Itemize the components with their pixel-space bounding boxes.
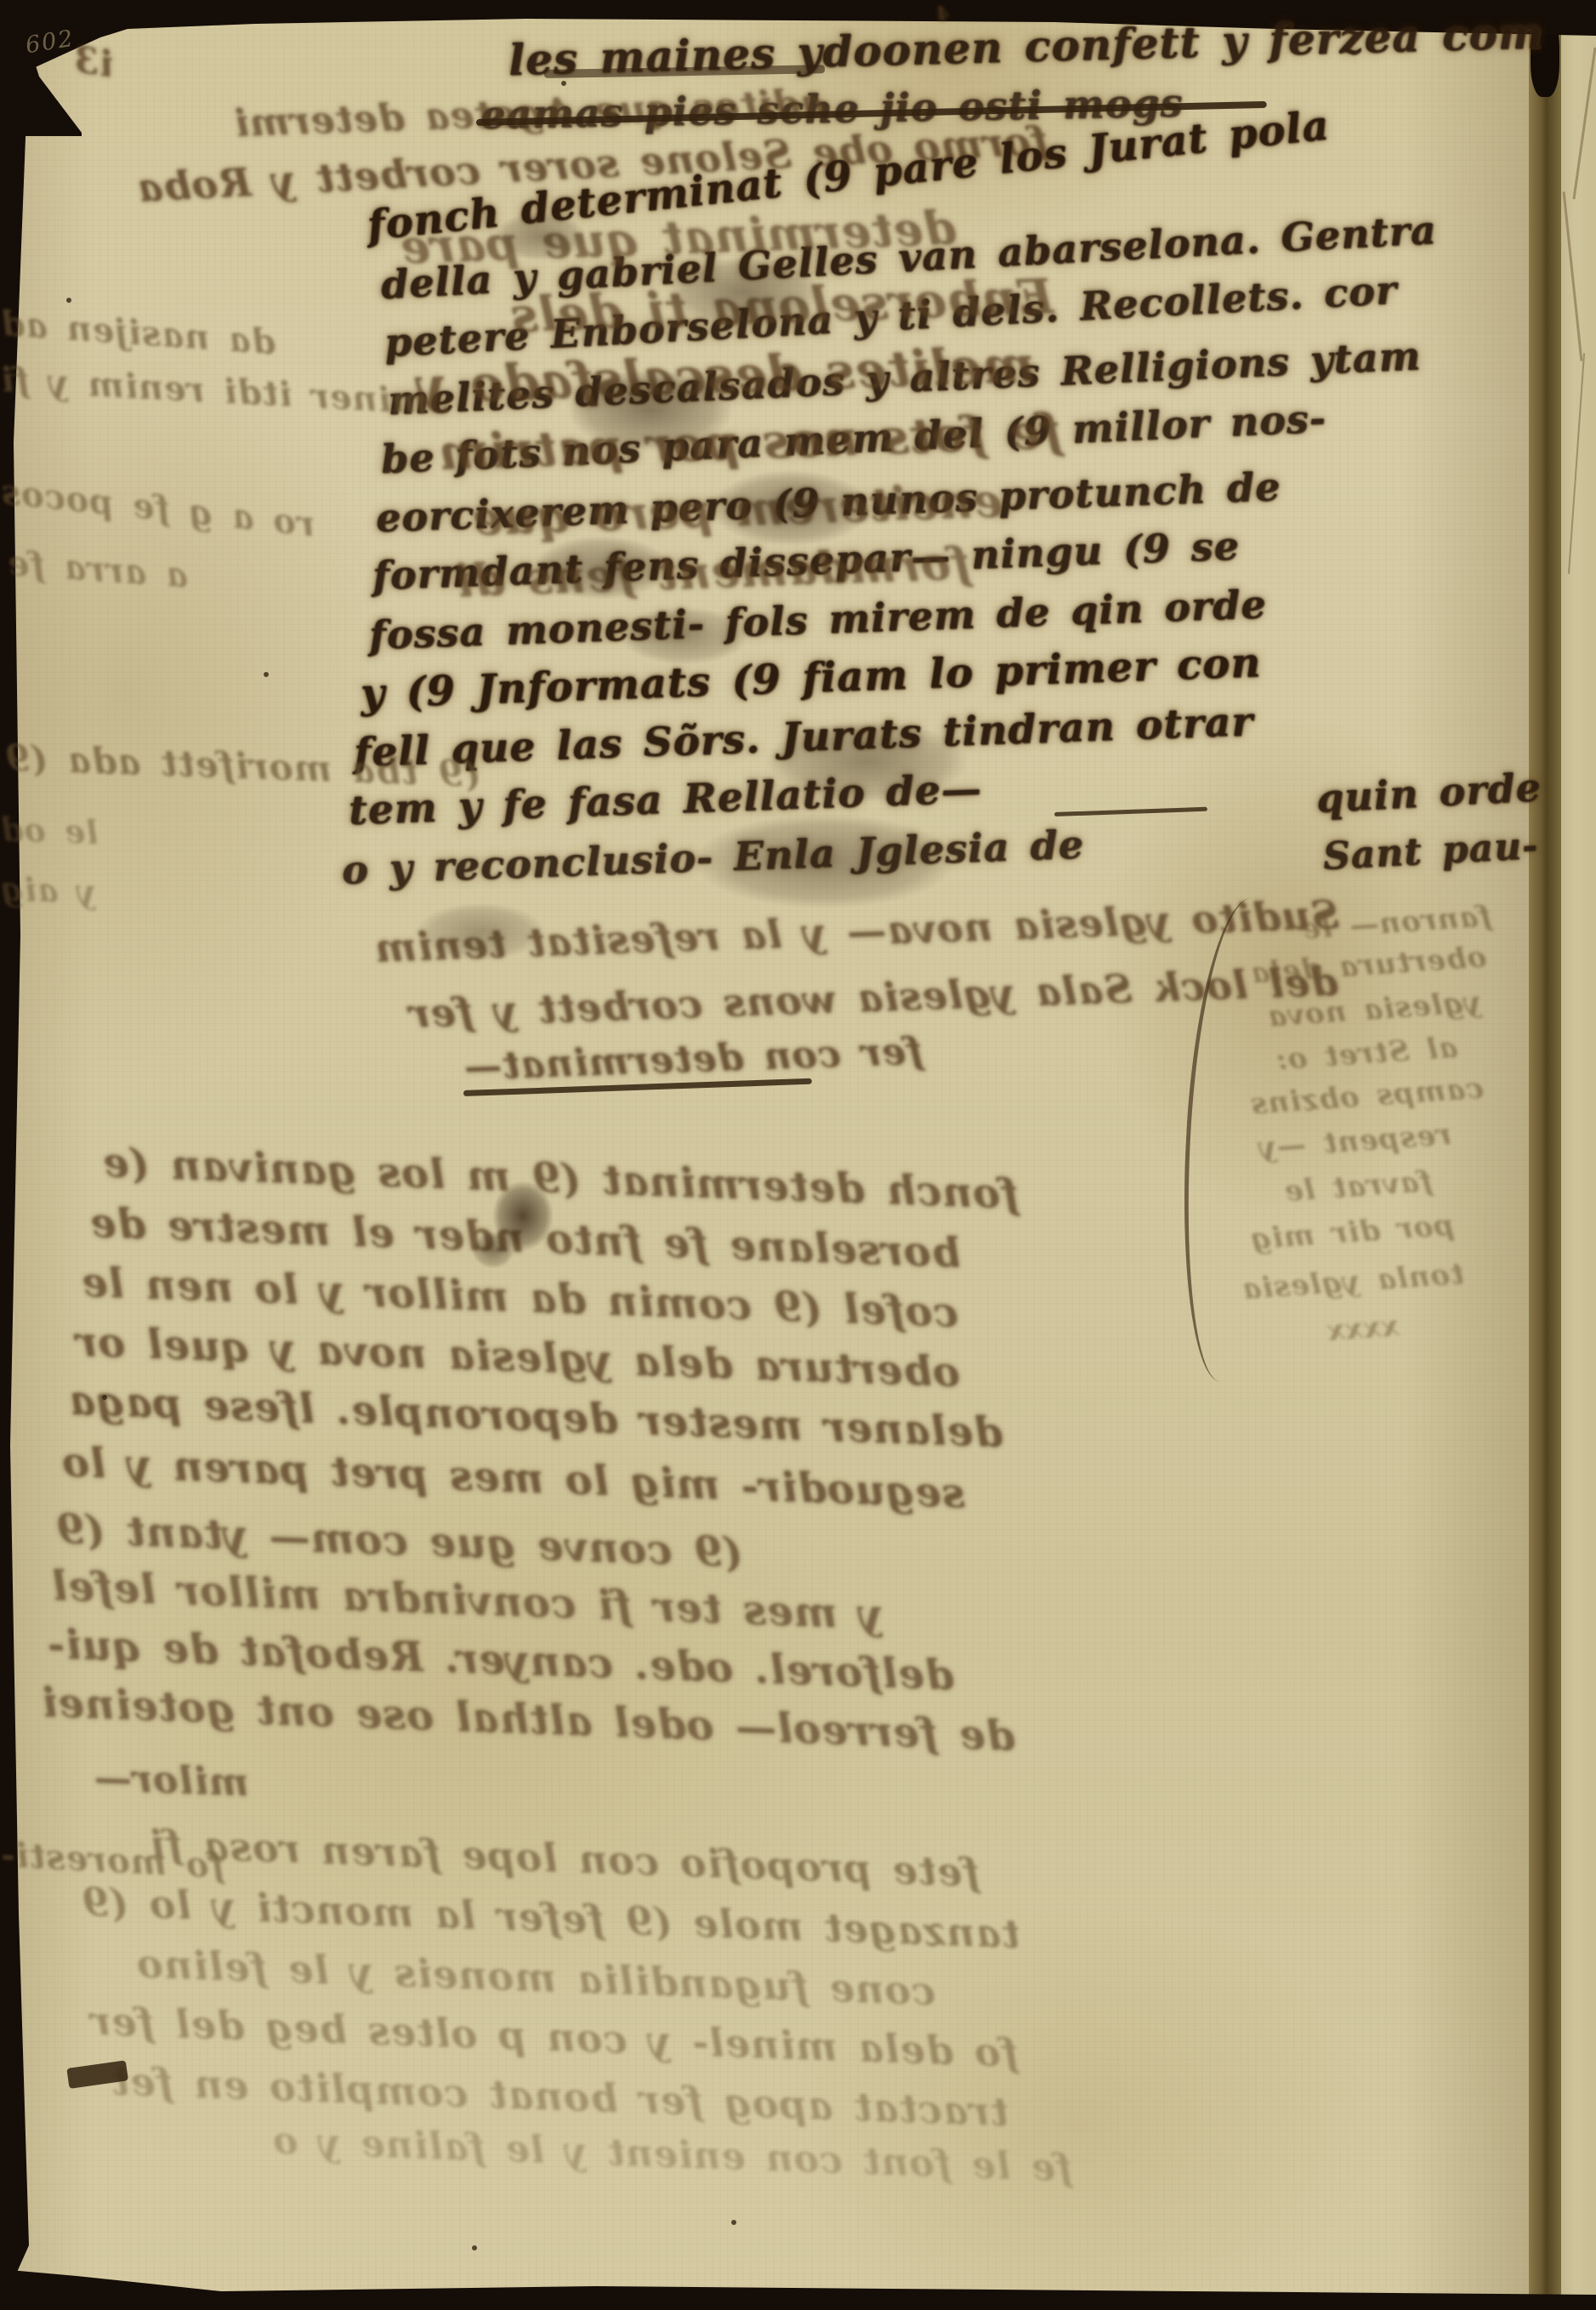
ink-blot [595,595,774,676]
manuscript-scan: 602 les maines ydoonen confett y ferzea … [0,0,1596,2310]
binding-gutter [1529,0,1561,2310]
ink-blot [642,795,1008,927]
lower-verso-paragraph-line: milor— [93,1760,249,1802]
ink-dot [731,2220,736,2225]
ink-dot [561,81,566,86]
top-ghosts-line: i3 [71,42,116,83]
right-margin-notes-line: xxxx [1326,1311,1400,1346]
ink-dot [264,672,269,677]
main-paragraph-line: quin orde [1315,767,1542,818]
ink-blot [391,891,570,972]
top-ghosts-line: 4 [935,5,949,24]
ink-blot [680,455,901,561]
ink-dot [472,2245,477,2250]
ink-blot [476,202,604,270]
ink-dot [66,298,71,303]
ink-blot [638,243,850,341]
main-paragraph-line: Sant pau- [1322,828,1539,876]
ink-blot [536,353,765,468]
ink-dot [102,1395,107,1400]
left-margin-ghosts-line: le od [0,813,99,849]
left-margin-ghosts-line: y aig [0,873,97,908]
ink-blot [463,1225,523,1276]
